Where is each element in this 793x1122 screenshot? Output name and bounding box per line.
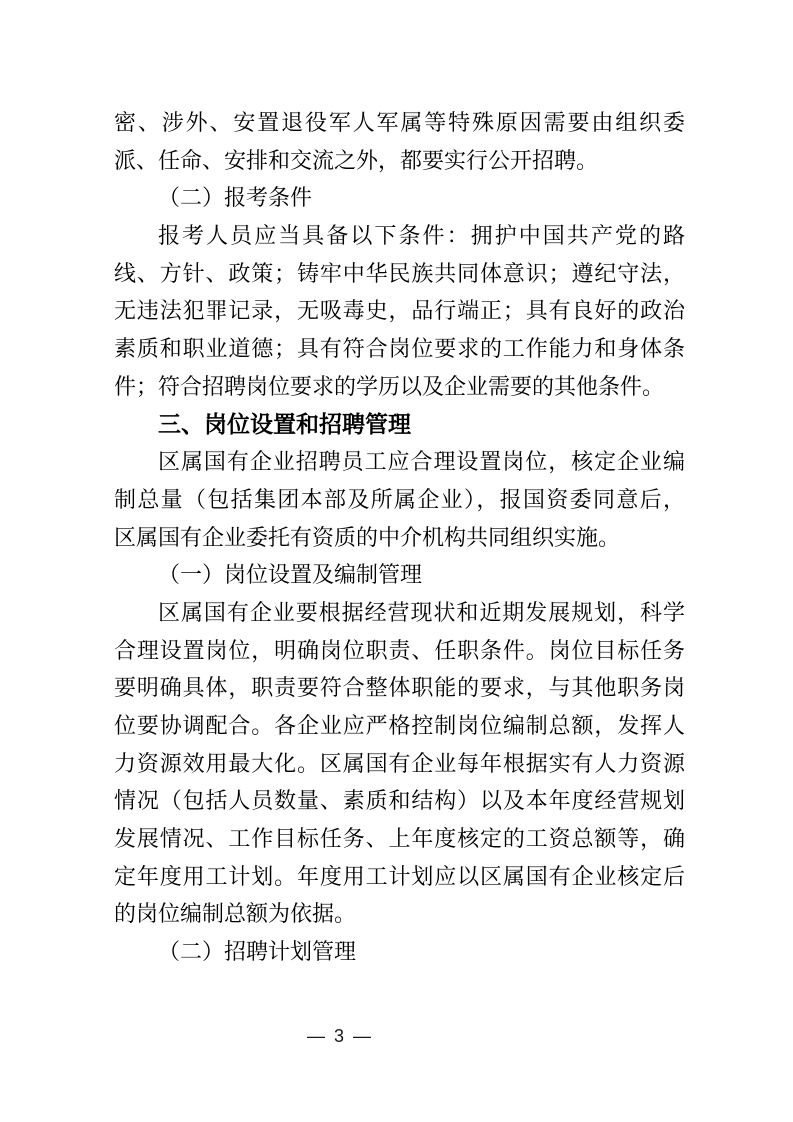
text-line: 位要协调配合。各企业应严格控制岗位编制总额，发挥人 <box>114 707 685 745</box>
text-line: 无违法犯罪记录，无吸毒史，品行端正；具有良好的政治 <box>114 292 685 330</box>
text-line: 区属国有企业招聘员工应合理设置岗位，核定企业编 <box>114 443 685 481</box>
text-line: 制总量（包括集团本部及所属企业），报国资委同意后， <box>114 481 685 519</box>
text-line: 区属国有企业委托有资质的中介机构共同组织实施。 <box>114 519 685 557</box>
page-number: — 3 — <box>0 1023 680 1049</box>
text-line: （二）报考条件 <box>114 179 685 217</box>
document-page: 密、涉外、安置退役军人军属等特殊原因需要由组织委派、任命、安排和交流之外，都要实… <box>0 0 793 1122</box>
text-line: （二）招聘计划管理 <box>114 933 685 971</box>
text-line: 定年度用工计划。年度用工计划应以区属国有企业核定后 <box>114 858 685 896</box>
text-line: 的岗位编制总额为依据。 <box>114 895 685 933</box>
text-line: 派、任命、安排和交流之外，都要实行公开招聘。 <box>114 142 685 180</box>
text-line: 发展情况、工作目标任务、上年度核定的工资总额等，确 <box>114 820 685 858</box>
text-line: 合理设置岗位，明确岗位职责、任职条件。岗位目标任务 <box>114 632 685 670</box>
section-heading: 三、岗位设置和招聘管理 <box>114 406 685 444</box>
text-line: 区属国有企业要根据经营现状和近期发展规划，科学 <box>114 594 685 632</box>
text-line: 力资源效用最大化。区属国有企业每年根据实有人力资源 <box>114 745 685 783</box>
text-line: 情况（包括人员数量、素质和结构）以及本年度经营规划 <box>114 782 685 820</box>
text-line: 密、涉外、安置退役军人军属等特殊原因需要由组织委 <box>114 104 685 142</box>
document-body: 密、涉外、安置退役军人军属等特殊原因需要由组织委派、任命、安排和交流之外，都要实… <box>114 104 685 971</box>
text-line: 线、方针、政策；铸牢中华民族共同体意识；遵纪守法， <box>114 255 685 293</box>
text-line: 报考人员应当具备以下条件：拥护中国共产党的路 <box>114 217 685 255</box>
text-line: 素质和职业道德；具有符合岗位要求的工作能力和身体条 <box>114 330 685 368</box>
text-line: 件；符合招聘岗位要求的学历以及企业需要的其他条件。 <box>114 368 685 406</box>
text-line: 要明确具体，职责要符合整体职能的要求，与其他职务岗 <box>114 669 685 707</box>
text-line: （一）岗位设置及编制管理 <box>114 556 685 594</box>
